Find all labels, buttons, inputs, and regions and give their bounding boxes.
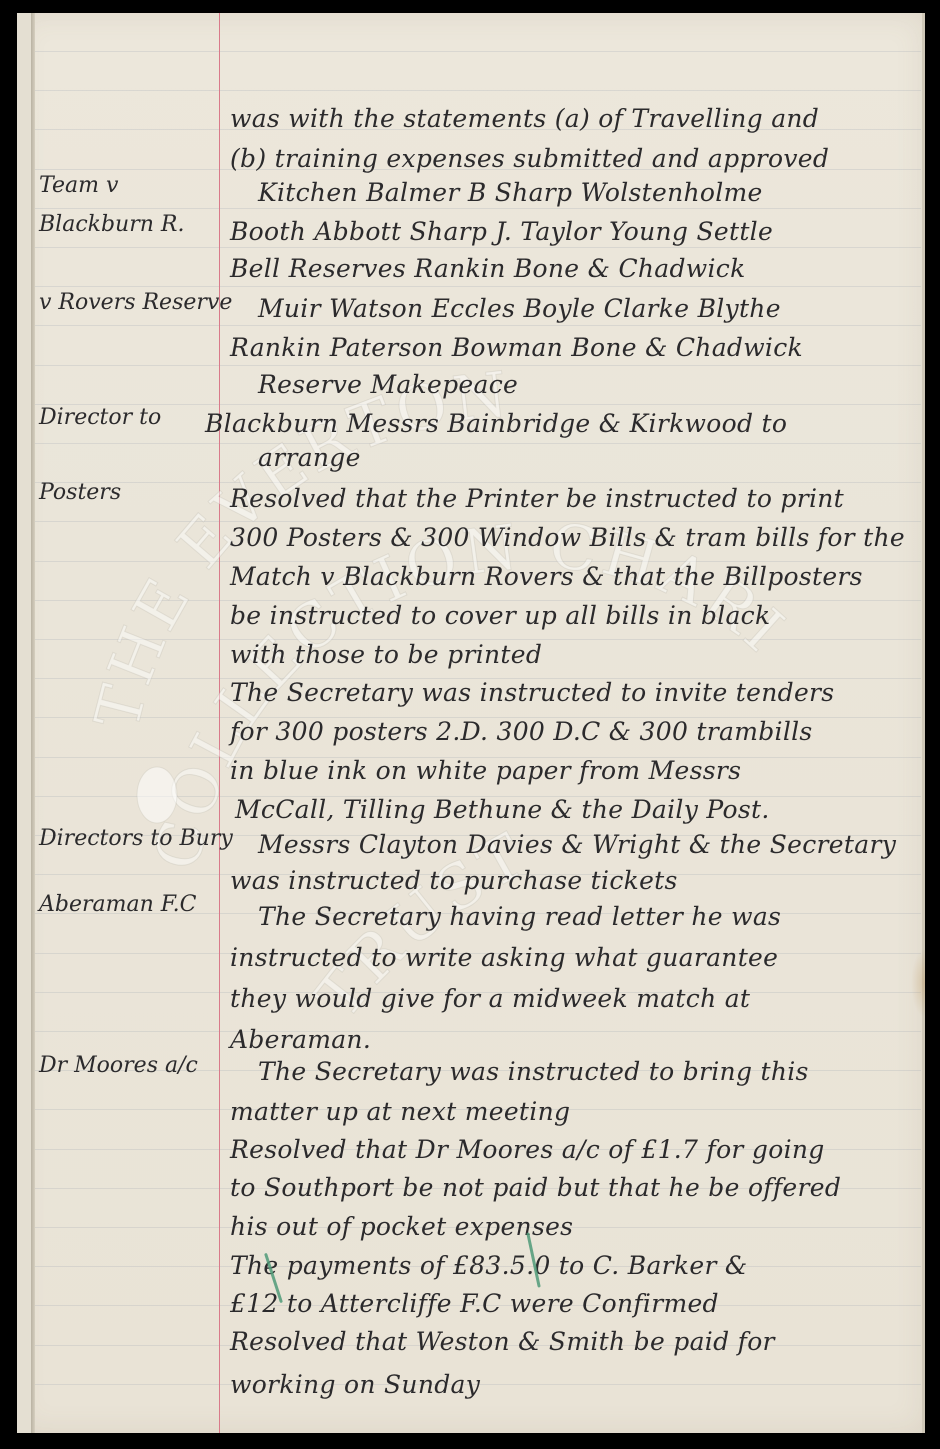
minutes-line: Messrs Clayton Davies & Wright & the Sec… (258, 830, 896, 859)
minutes-line: to Southport be not paid but that he be … (230, 1173, 841, 1202)
minutes-line: Aberaman. (230, 1025, 371, 1054)
minutes-line: The Secretary having read letter he was (258, 902, 781, 931)
minutes-line: his out of pocket expenses (230, 1212, 573, 1241)
minutes-line: working on Sunday (230, 1370, 480, 1399)
minutes-line: Booth Abbott Sharp J. Taylor Young Settl… (230, 217, 773, 246)
ruled-line (35, 1031, 921, 1032)
minutes-line: instructed to write asking what guarante… (230, 943, 778, 972)
ruled-line (35, 325, 921, 326)
margin-label: Posters (39, 480, 121, 505)
minute-book-page: THE EVERTON COLLECTION CHARITABLE TRUST … (17, 13, 925, 1433)
red-margin-rule (219, 13, 220, 1433)
ruled-line (35, 443, 921, 444)
minutes-line: was with the statements (a) of Travellin… (230, 104, 819, 133)
margin-label: Team v (39, 173, 118, 198)
minutes-line: McCall, Tilling Bethune & the Daily Post… (235, 795, 770, 824)
minutes-line: be instructed to cover up all bills in b… (230, 601, 770, 630)
ruled-line (35, 286, 921, 287)
page-right-edge (922, 13, 925, 1433)
ruled-line (35, 90, 921, 91)
margin-label: Aberaman F.C (39, 892, 196, 917)
ruled-line (35, 365, 921, 366)
minutes-line: in blue ink on white paper from Messrs (230, 756, 741, 785)
ruled-line (35, 404, 921, 405)
minutes-line: The payments of £83.5.0 to C. Barker & (230, 1251, 748, 1280)
ruled-line (35, 51, 921, 52)
minutes-line: (b) training expenses submitted and appr… (230, 144, 829, 173)
minutes-line: was instructed to purchase tickets (230, 866, 678, 895)
minutes-line: Match v Blackburn Rovers & that the Bill… (230, 562, 863, 591)
ruled-line (35, 482, 921, 483)
margin-label: Directors to Bury (39, 826, 233, 851)
minutes-line: Blackburn Messrs Bainbridge & Kirkwood t… (205, 409, 787, 438)
paper-stain (911, 948, 925, 1018)
minutes-line: Resolved that the Printer be instructed … (230, 484, 844, 513)
margin-label: Dr Moores a/c (39, 1053, 198, 1078)
minutes-line: 300 Posters & 300 Window Bills & tram bi… (230, 523, 905, 552)
minutes-line: The Secretary was instructed to bring th… (258, 1057, 809, 1086)
minutes-line: £12 to Attercliffe F.C were Confirmed (230, 1289, 719, 1318)
page-binding-edge (17, 13, 31, 1433)
ruled-line (35, 521, 921, 522)
minutes-line: Bell Reserves Rankin Bone & Chadwick (230, 254, 746, 283)
minutes-line: Kitchen Balmer B Sharp Wolstenholme (258, 178, 763, 207)
minutes-line: for 300 posters 2.D. 300 D.C & 300 tramb… (230, 717, 813, 746)
page-gutter-shadow (31, 13, 35, 1433)
margin-label: Director to (39, 405, 161, 430)
minutes-line: with those to be printed (230, 640, 542, 669)
watermark-text-line-2: COLLECTION CHARITABLE (17, 13, 800, 876)
minutes-line: The Secretary was instructed to invite t… (230, 678, 834, 707)
minutes-line: Resolved that Dr Moores a/c of £1.7 for … (230, 1135, 825, 1164)
ruled-line (35, 208, 921, 209)
margin-label: Blackburn R. (39, 212, 184, 237)
minutes-line: Rankin Paterson Bowman Bone & Chadwick (230, 333, 803, 362)
minutes-line: arrange (258, 443, 361, 472)
minutes-line: Reserve Makepeace (258, 370, 518, 399)
minutes-line: matter up at next meeting (230, 1097, 570, 1126)
margin-label: v Rovers Reserve (39, 290, 232, 315)
watermark-dot (137, 767, 177, 823)
minutes-line: Muir Watson Eccles Boyle Clarke Blythe (258, 294, 781, 323)
minutes-line: they would give for a midweek match at (230, 984, 750, 1013)
ruled-line (35, 247, 921, 248)
minutes-line: Resolved that Weston & Smith be paid for (230, 1327, 775, 1356)
